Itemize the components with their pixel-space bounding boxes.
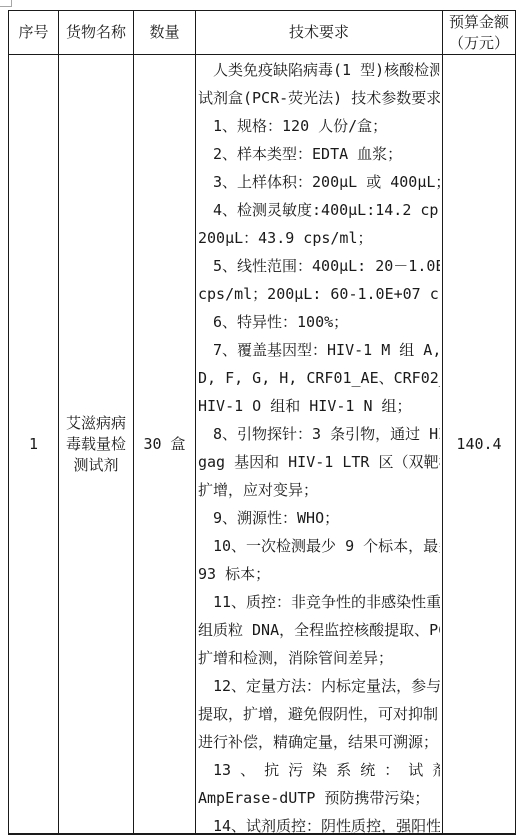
tech-line: 提取，扩增，避免假阴性，可对抑制 — [198, 700, 440, 728]
tech-line: 11、质控：非竞争性的非感染性重 — [198, 588, 440, 616]
tech-line: 9、溯源性：WHO； — [198, 504, 440, 532]
tech-line: 13 、 抗 污 染 系 统 ： 试 剂 含 — [198, 756, 440, 784]
header-cell-seq: 序号 — [9, 11, 59, 54]
header-cell-budget: 预算金额 （万元） — [443, 11, 515, 54]
tech-line: cps/ml；200µL: 60-1.0E+07 cps/ml； — [198, 280, 440, 308]
tech-line: 8、引物探针：3 条引物，通过 HIV-1 — [198, 420, 440, 448]
header-cell-name: 货物名称 — [59, 11, 134, 54]
goods-table: 序号 货物名称 数量 技术要求 预算金额 （万元） 1 艾滋病病毒载量检测试剂 … — [8, 10, 516, 835]
cell-budget: 140.4 — [443, 55, 515, 833]
tech-line: 组质粒 DNA，全程监控核酸提取、PCR — [198, 616, 440, 644]
table-header-row: 序号 货物名称 数量 技术要求 预算金额 （万元） — [9, 11, 515, 55]
cell-name: 艾滋病病毒载量检测试剂 — [59, 55, 134, 833]
tech-line: 试剂盒(PCR-荧光法) 技术参数要求： — [198, 84, 440, 112]
tech-line: 93 标本； — [198, 560, 440, 588]
table-row: 1 艾滋病病毒载量检测试剂 30 盒 人类免疫缺陷病毒(1 型)核酸检测试剂盒(… — [9, 55, 515, 833]
tech-line: 1、规格：120 人份/盒； — [198, 112, 440, 140]
tech-line: D, F, G, H, CRF01_AE、CRF02_AG、 — [198, 364, 440, 392]
tech-line: HIV-1 O 组和 HIV-1 N 组； — [198, 392, 440, 420]
tech-line: 3、上样体积：200µL 或 400µL； — [198, 168, 440, 196]
tech-line: 200µL：43.9 cps/ml； — [198, 224, 440, 252]
tech-line: gag 基因和 HIV-1 LTR 区（双靶标）的 — [198, 448, 440, 476]
tech-line: 进行补偿，精确定量，结果可溯源； — [198, 728, 440, 756]
tech-line: 5、线性范围：400µL: 20－1.0E+07 — [198, 252, 440, 280]
cell-seq: 1 — [9, 55, 59, 833]
adjacent-table-corner-fragment — [0, 0, 12, 7]
tech-line: 10、一次检测最少 9 个标本，最多 — [198, 532, 440, 560]
tech-line: 12、定量方法：内标定量法，参与 — [198, 672, 440, 700]
tech-line: 人类免疫缺陷病毒(1 型)核酸检测 — [198, 56, 440, 84]
tech-requirements-cell: 人类免疫缺陷病毒(1 型)核酸检测试剂盒(PCR-荧光法) 技术参数要求： 1、… — [196, 55, 443, 833]
header-cell-qty: 数量 — [134, 11, 196, 54]
cell-qty: 30 盒 — [134, 55, 196, 833]
document-page: 序号 货物名称 数量 技术要求 预算金额 （万元） 1 艾滋病病毒载量检测试剂 … — [0, 0, 524, 839]
tech-line: 6、特异性：100%； — [198, 308, 440, 336]
tech-line: AmpErase-dUTP 预防携带污染； — [198, 784, 440, 812]
header-cell-tech: 技术要求 — [196, 11, 443, 54]
tech-line: 扩增和检测，消除管间差异； — [198, 644, 440, 672]
tech-line: 扩增，应对变异； — [198, 476, 440, 504]
tech-line: 4、检测灵敏度:400µL:14.2 cps/ml； — [198, 196, 440, 224]
tech-line: 14、试剂质控：阴性质控，强阳性 — [198, 812, 440, 833]
tech-line: 7、覆盖基因型：HIV-1 M 组 A,B,C, — [198, 336, 440, 364]
tech-line: 2、样本类型：EDTA 血浆； — [198, 140, 440, 168]
